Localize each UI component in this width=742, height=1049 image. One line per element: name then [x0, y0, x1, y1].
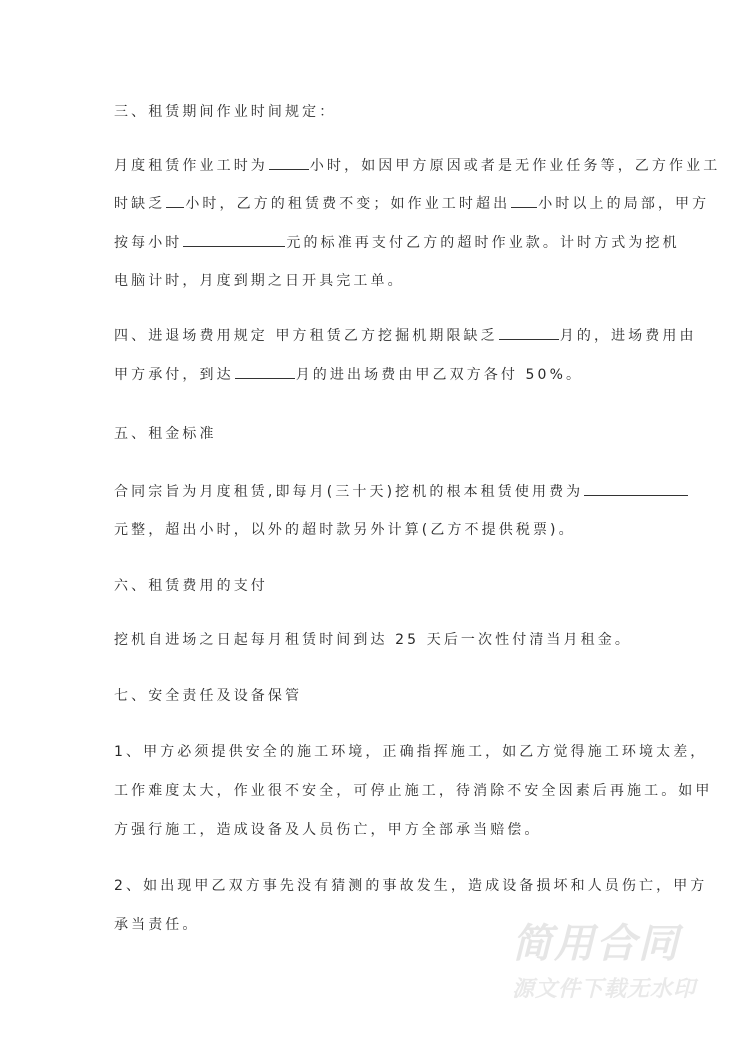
- paragraph-line: 甲方承付，到达月的进出场费由甲乙双方各付 50%。: [114, 364, 583, 385]
- text-segment: 月的，进场费用由: [560, 328, 697, 344]
- text-segment: 月的进出场费由甲乙双方各付 50%。: [296, 367, 583, 383]
- text-segment: 合同宗旨为月度租赁,即每月(三十天)挖机的根本租赁使用费为: [114, 484, 583, 500]
- blank-field: [166, 193, 184, 208]
- paragraph-line: 工作难度太大，作业很不安全，可停止施工，待消除不安全因素后再施工。如甲: [114, 781, 713, 801]
- paragraph-line: 电脑计时，月度到期之日开具完工单。: [114, 271, 405, 291]
- watermark-subtitle: 源文件下载无水印: [512, 972, 696, 1003]
- blank-field: [584, 481, 688, 496]
- text-segment: 小时以上的局部，甲方: [538, 196, 709, 212]
- section-heading-3: 三、租赁期间作业时间规定：: [114, 102, 336, 122]
- paragraph-line: 2、如出现甲乙双方事先没有猜测的事故发生，造成设备损坏和人员伤亡，甲方: [114, 876, 707, 896]
- paragraph-line: 方强行施工，造成设备及人员伤亡，甲方全部承当赔偿。: [114, 820, 542, 840]
- text-segment: 元的标准再支付乙方的超时作业款。计时方式为挖机: [286, 235, 679, 251]
- blank-field: [511, 193, 537, 208]
- section-heading-6: 六、租赁费用的支付: [114, 576, 268, 596]
- text-segment: 小时，如因甲方原因或者是无作业任务等，乙方作业工: [310, 158, 720, 174]
- paragraph-line: 按每小时元的标准再支付乙方的超时作业款。计时方式为挖机: [114, 232, 680, 253]
- watermark-logo: 简用合同: [512, 912, 680, 969]
- section-heading-4: 四、进退场费用规定 甲方租赁乙方挖掘机期限缺乏: [114, 328, 498, 344]
- blank-field: [235, 364, 295, 379]
- blank-field: [269, 155, 309, 170]
- blank-field: [183, 232, 285, 247]
- text-segment: 按每小时: [114, 235, 182, 251]
- text-segment: 月度租赁作业工时为: [114, 158, 268, 174]
- blank-field: [499, 325, 559, 340]
- text-segment: 甲方承付，到达: [114, 367, 234, 383]
- text-segment: 小时，乙方的租赁费不变；如作业工时超出: [185, 196, 510, 212]
- paragraph-line: 1、甲方必须提供安全的施工环境，正确指挥施工，如乙方觉得施工环境太差，: [114, 742, 707, 762]
- paragraph-line: 月度租赁作业工时为小时，如因甲方原因或者是无作业任务等，乙方作业工: [114, 155, 720, 176]
- paragraph-line: 挖机自进场之日起每月租赁时间到达 25 天后一次性付清当月租金。: [114, 630, 632, 650]
- section-heading-7: 七、安全责任及设备保管: [114, 686, 302, 706]
- paragraph-line: 四、进退场费用规定 甲方租赁乙方挖掘机期限缺乏月的，进场费用由: [114, 325, 697, 346]
- text-segment: 时缺乏: [114, 196, 165, 212]
- section-heading-5: 五、租金标准: [114, 424, 217, 444]
- paragraph-line: 元整，超出小时，以外的超时款另外计算(乙方不提供税票)。: [114, 520, 576, 540]
- paragraph-line: 合同宗旨为月度租赁,即每月(三十天)挖机的根本租赁使用费为: [114, 481, 689, 502]
- paragraph-line: 承当责任。: [114, 915, 200, 935]
- paragraph-line: 时缺乏小时，乙方的租赁费不变；如作业工时超出小时以上的局部，甲方: [114, 193, 709, 214]
